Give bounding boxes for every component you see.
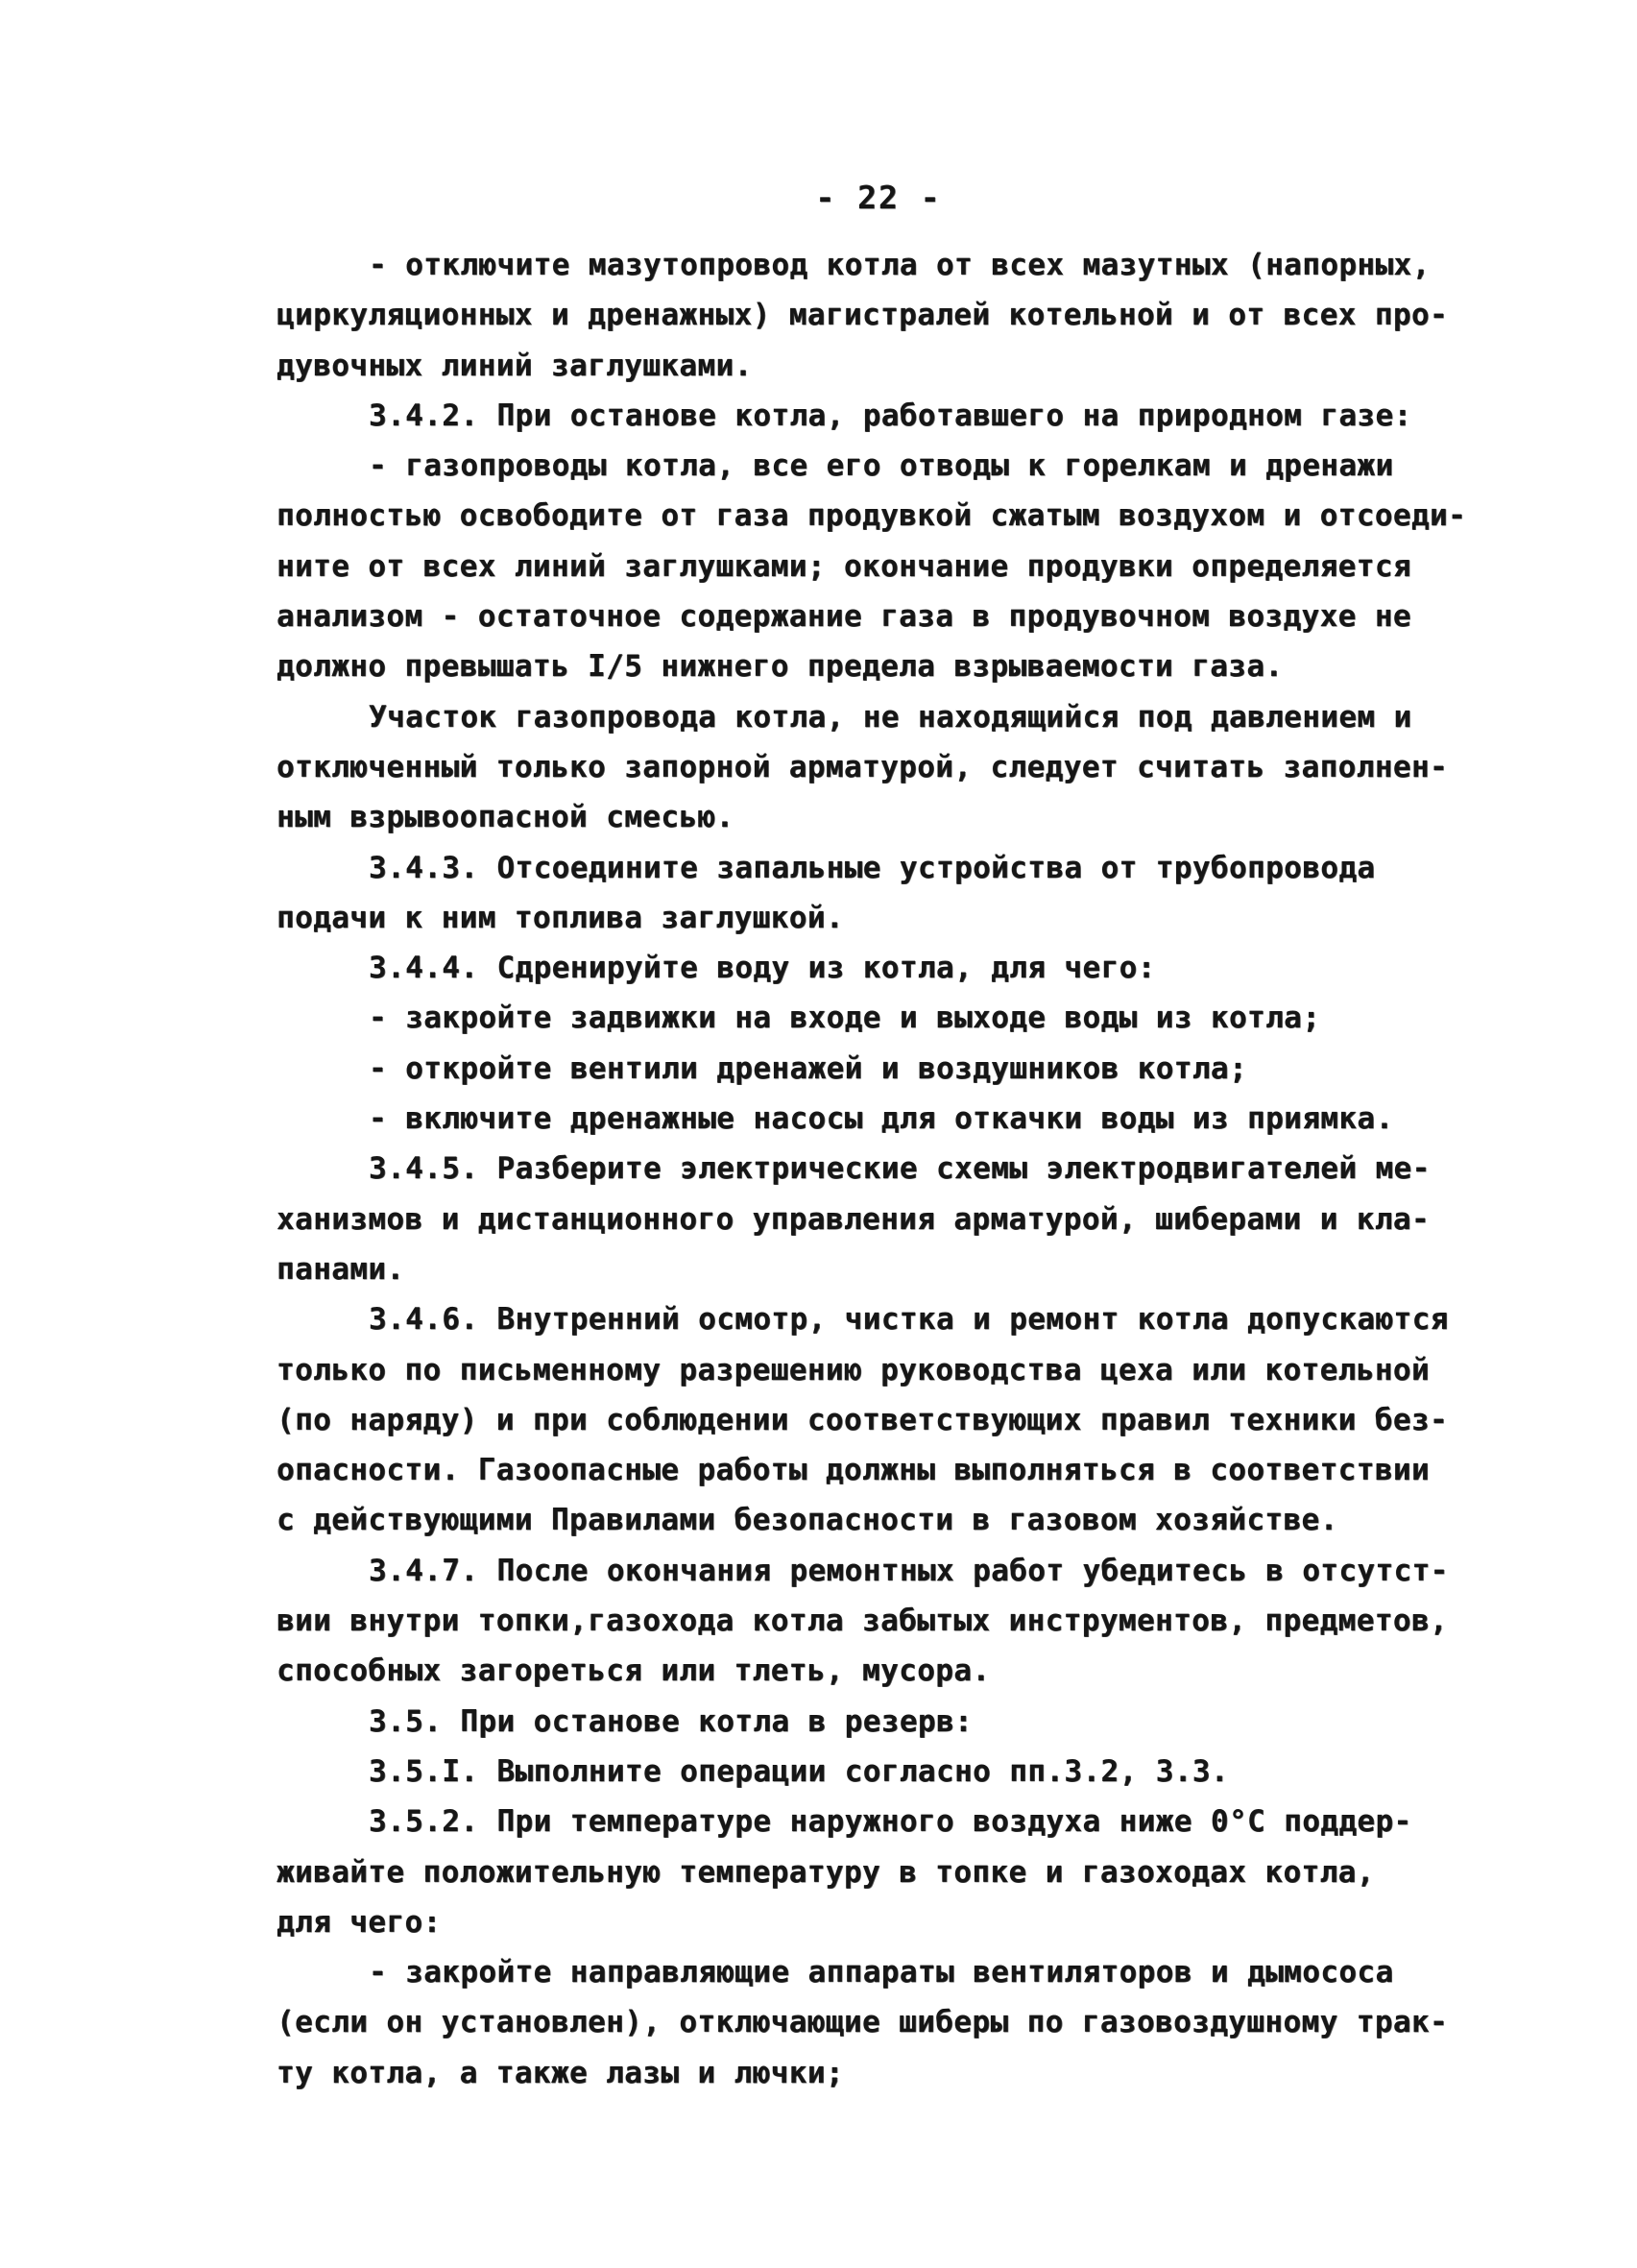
text-line: - включите дренажные насосы для откачки … [277, 1094, 1515, 1144]
page-number: - 22 - [815, 179, 941, 216]
text-line: ным взрывоопасной смесью. [277, 792, 1515, 842]
text-line: ту котла, а также лазы и лючки; [277, 2048, 1515, 2098]
text-line: 3.4.7. После окончания ремонтных работ у… [277, 1546, 1515, 1596]
text-line: Участок газопровода котла, не находящийс… [277, 692, 1515, 742]
text-line: полностью освободите от газа продувкой с… [277, 491, 1515, 541]
text-line: - газопроводы котла, все его отводы к го… [277, 441, 1515, 491]
text-line: анализом - остаточное содержание газа в … [277, 591, 1515, 641]
text-line: опасности. Газоопасные работы должны вып… [277, 1445, 1515, 1495]
text-line: панами. [277, 1244, 1515, 1294]
text-line: вии внутри топки,газохода котла забытых … [277, 1596, 1515, 1646]
text-line: циркуляционных и дренажных) магистралей … [277, 290, 1515, 340]
text-line: должно превышать I/5 нижнего предела взр… [277, 641, 1515, 691]
text-line: - закройте направляющие аппараты вентиля… [277, 1947, 1515, 1997]
text-line: дувочных линий заглушками. [277, 341, 1515, 391]
text-line: (если он установлен), отключающие шиберы… [277, 1997, 1515, 2047]
text-line: 3.4.5. Разберите электрические схемы эле… [277, 1144, 1515, 1194]
text-line: - отключите мазутопровод котла от всех м… [277, 240, 1515, 290]
text-line: - закройте задвижки на входе и выходе во… [277, 993, 1515, 1043]
text-line: способных загореться или тлеть, мусора. [277, 1646, 1515, 1696]
text-line: ните от всех линий заглушками; окончание… [277, 542, 1515, 591]
text-line: отключенный только запорной арматурой, с… [277, 742, 1515, 792]
text-line: 3.4.2. При останове котла, работавшего н… [277, 391, 1515, 441]
document-body: - отключите мазутопровод котла от всех м… [277, 240, 1515, 2098]
text-line: 3.5.2. При температуре наружного воздуха… [277, 1797, 1515, 1846]
text-line: - откройте вентили дренажей и воздушнико… [277, 1044, 1515, 1094]
text-line: с действующими Правилами безопасности в … [277, 1495, 1515, 1545]
text-line: подачи к ним топлива заглушкой. [277, 893, 1515, 943]
text-line: 3.5.I. Выполните операции согласно пп.3.… [277, 1747, 1515, 1797]
text-line: живайте положительную температуру в топк… [277, 1847, 1515, 1897]
document-page: - 22 - - отключите мазутопровод котла от… [0, 0, 1637, 2268]
text-line: 3.5. При останове котла в резерв: [277, 1697, 1515, 1747]
text-line: 3.4.4. Сдренируйте воду из котла, для че… [277, 943, 1515, 993]
text-line: 3.4.6. Внутренний осмотр, чистка и ремон… [277, 1294, 1515, 1344]
text-line: 3.4.3. Отсоедините запальные устройства … [277, 843, 1515, 893]
text-line: (по наряду) и при соблюдении соответству… [277, 1395, 1515, 1445]
text-line: для чего: [277, 1897, 1515, 1947]
text-line: только по письменному разрешению руковод… [277, 1345, 1515, 1395]
text-line: ханизмов и дистанционного управления арм… [277, 1194, 1515, 1244]
